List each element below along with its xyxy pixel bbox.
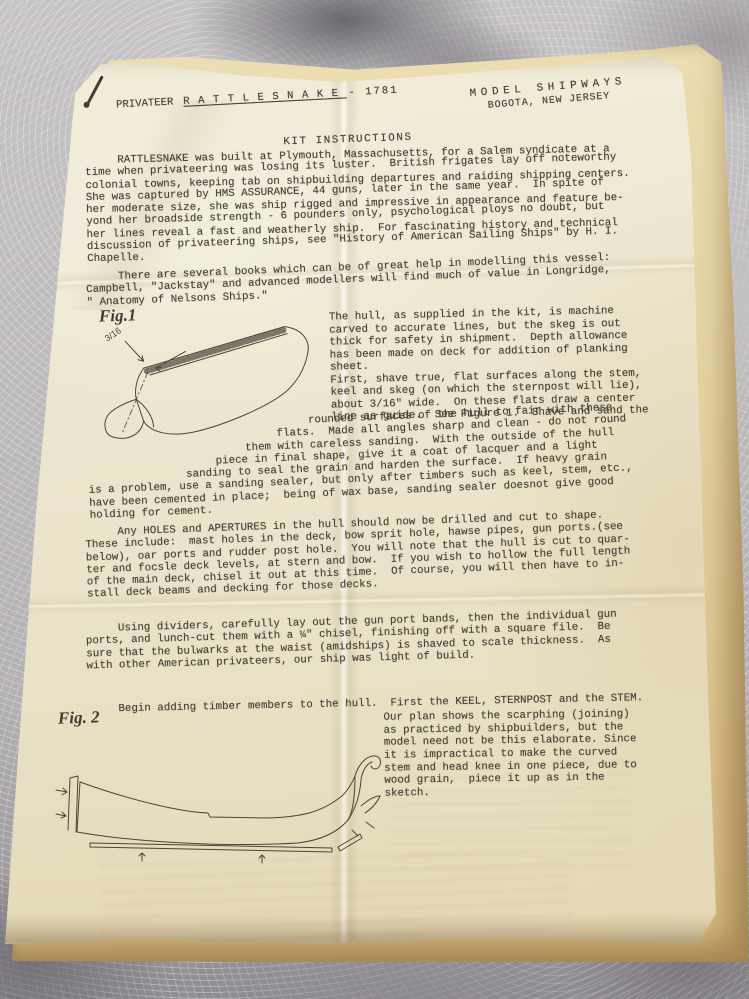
hull-profile-drawing bbox=[50, 726, 382, 866]
doc-type-label: PRIVATEER bbox=[116, 96, 174, 111]
photo-stage: PRIVATEERRATTLESNAKE- 1781 MODEL SHIPWAY… bbox=[0, 0, 749, 999]
paragraph-holes: Any HOLES and APERTURES in the hull shou… bbox=[85, 509, 632, 602]
fig1-dimension-label: 3/16 bbox=[103, 325, 123, 343]
doc-header-left: PRIVATEERRATTLESNAKE- 1781 bbox=[116, 85, 399, 112]
doc-header-right: MODEL SHIPWAYS BOGOTA, NEW JERSEY bbox=[469, 76, 627, 113]
paragraph-begin-column: Our plan shows the scarphing (joining)as… bbox=[383, 708, 637, 800]
paragraph-history: RATTLESNAKE was built at Plymouth, Massa… bbox=[85, 143, 632, 266]
ship-name: RATTLESNAKE bbox=[183, 87, 347, 108]
instruction-sheet: PRIVATEERRATTLESNAKE- 1781 MODEL SHIPWAY… bbox=[0, 50, 716, 945]
ship-year: - 1781 bbox=[348, 85, 399, 100]
typewritten-line: sketch. bbox=[384, 784, 637, 800]
paragraph-gun-ports: Using dividers, carefully lay out the gu… bbox=[85, 609, 617, 673]
fig2-hull-profile bbox=[50, 726, 382, 871]
pen-slash-mark bbox=[85, 75, 104, 106]
